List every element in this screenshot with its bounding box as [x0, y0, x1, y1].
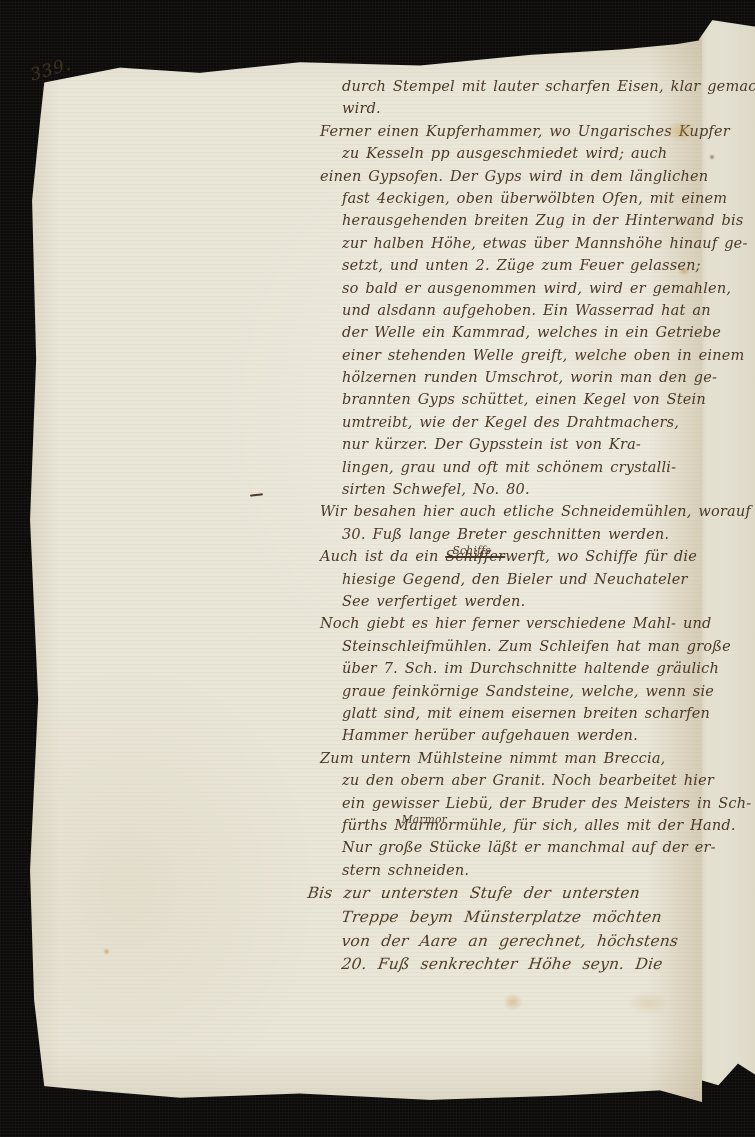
manuscript-scan: { "page": { "number": "339.", "margin_ma… [0, 0, 755, 1137]
manuscript-line: Hammer herüber aufgehauen werden. [318, 725, 718, 747]
manuscript-line: herausgehenden breiten Zug in der Hinter… [318, 210, 718, 232]
manuscript-line: Auch ist da ein SchifferSchiffswerft, wo… [318, 546, 718, 568]
manuscript-line: brannten Gyps schüttet, einen Kegel von … [318, 389, 718, 411]
manuscript-line: Zum untern Mühlsteine nimmt man Breccia, [318, 748, 718, 770]
text-segment: fürths [342, 818, 394, 834]
manuscript-line: zu den obern aber Granit. Noch bearbeite… [318, 770, 718, 792]
stain-spot [666, 120, 696, 142]
manuscript-line: glatt sind, mit einem eisernen breiten s… [318, 703, 718, 725]
manuscript-line: zur halben Höhe, etwas über Mannshöhe hi… [318, 233, 718, 255]
manuscript-line: umtreibt, wie der Kegel des Drahtmachers… [318, 412, 718, 434]
manuscript-line: lingen, grau und oft mit schönem crystal… [318, 457, 718, 479]
manuscript-line: Bis zur untersten Stufe der untersten [306, 882, 721, 906]
manuscript-line: fürths MarmorMarmormühle, für sich, alle… [318, 815, 718, 837]
manuscript-line: fast 4eckigen, oben überwölbten Ofen, mi… [318, 188, 718, 210]
manuscript-line: Wir besahen hier auch etliche Schneidemü… [318, 501, 718, 523]
manuscript-line: 30. Fuß lange Breter geschnitten werden. [318, 524, 718, 546]
manuscript-line: See verfertiget werden. [318, 591, 718, 613]
manuscript-line: stern schneiden. [318, 860, 718, 882]
stain-spot [678, 266, 690, 276]
text-block: durch Stempel mit lauter scharfen Eisen,… [318, 76, 718, 977]
manuscript-line: der Welle ein Kammrad, welches in ein Ge… [318, 322, 718, 344]
manuscript-line: einer stehenden Welle greift, welche obe… [318, 345, 718, 367]
manuscript-line: 20. Fuß senkrechter Höhe seyn. Die [318, 953, 721, 977]
inserted-word-above-line: Schiffs [452, 540, 491, 562]
manuscript-line: Ferner einen Kupferhammer, wo Ungarische… [318, 121, 718, 143]
manuscript-line: über 7. Sch. im Durchschnitte haltende g… [318, 658, 718, 680]
manuscript-line: hölzernen runden Umschrot, worin man den… [318, 367, 718, 389]
manuscript-line: und alsdann aufgehoben. Ein Wasserrad ha… [318, 300, 718, 322]
text-segment: Auch ist da ein [320, 549, 445, 565]
manuscript-line: Nur große Stücke läßt er manchmal auf de… [318, 837, 718, 859]
manuscript-line: setzt, und unten 2. Züge zum Feuer gelas… [318, 255, 718, 277]
stain-spot [709, 154, 715, 160]
struck-word: SchifferSchiffs [445, 549, 505, 565]
manuscript-line: so bald er ausgenommen wird, wird er gem… [318, 278, 718, 300]
manuscript-line: durch Stempel mit lauter scharfen Eisen,… [318, 76, 718, 98]
manuscript-line: einen Gypsofen. Der Gyps wird in dem län… [318, 166, 718, 188]
stain-spot [103, 948, 110, 955]
stain-spot [628, 990, 668, 1016]
manuscript-line: nur kürzer. Der Gypsstein ist von Kra- [318, 434, 718, 456]
manuscript-line: Treppe beym Münsterplatze möchten [318, 906, 721, 930]
annotated-word: MarmorMarmor [394, 818, 455, 834]
stain-spot [503, 993, 523, 1011]
inserted-word-above-line: Marmor [402, 809, 447, 831]
stain-spot [560, 330, 650, 390]
manuscript-line: von der Aare an gerechnet, höchstens [318, 930, 721, 954]
manuscript-line: graue feinkörnige Sandsteine, welche, we… [318, 681, 718, 703]
manuscript-line: wird. [318, 98, 718, 120]
manuscript-line: sirten Schwefel, No. 80. [318, 479, 718, 501]
manuscript-line: ein gewisser Liebü, der Bruder des Meist… [318, 793, 718, 815]
manuscript-line: Noch giebt es hier ferner verschiedene M… [318, 613, 718, 635]
text-segment: werft, wo Schiffe für die [505, 549, 697, 565]
manuscript-line: Steinschleifmühlen. Zum Schleifen hat ma… [318, 636, 718, 658]
manuscript-line: zu Kesseln pp ausgeschmiedet wird; auch [318, 143, 718, 165]
manuscript-line: hiesige Gegend, den Bieler und Neuchatel… [318, 569, 718, 591]
text-segment: mühle, für sich, alles mit der Hand. [455, 818, 735, 834]
